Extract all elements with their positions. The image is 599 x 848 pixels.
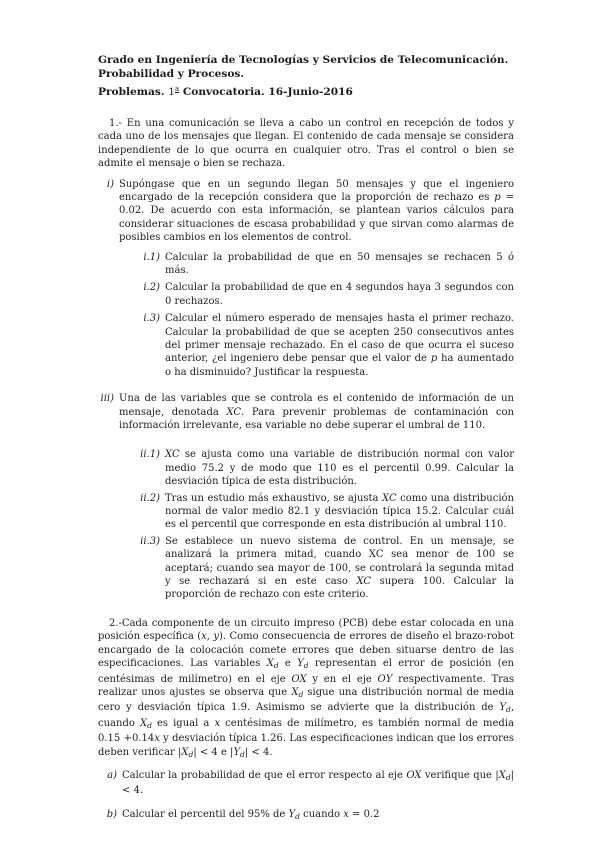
subitem-ii2-text: Tras un estudio más exhaustivo, se ajust… (165, 492, 514, 532)
subitem-i1-text: Calcular la probabilidad de que en 50 me… (165, 251, 514, 278)
subitem-i2: i.2) Calcular la probabilidad de que en … (165, 281, 514, 308)
subitem-i1-label: i.1) (143, 251, 165, 264)
item-iii-sublist: ii.1) XC se ajusta como una variable de … (165, 448, 514, 601)
subitem-ii3-text: Se establece un nuevo sistema de control… (165, 535, 514, 602)
subitem-i1: i.1) Calcular la probabilidad de que en … (165, 251, 514, 278)
subitem-i2-label: i.2) (143, 281, 165, 294)
item-b-text: Calcular el percentil del 95% de Yd cuan… (122, 808, 514, 823)
subitem-ii3-label: ii.3) (140, 535, 165, 548)
subitem-ii3: ii.3) Se establece un nuevo sistema de c… (165, 535, 514, 602)
item-a-text: Calcular la probabilidad de que el error… (122, 769, 514, 798)
document-page: Grado en Ingeniería de Tecnologías y Ser… (0, 0, 599, 848)
document-header: Grado en Ingeniería de Tecnologías y Ser… (98, 53, 514, 99)
item-iii-label: iii) (101, 392, 120, 405)
subitem-ii1-label: ii.1) (140, 448, 165, 461)
subitem-i3-label: i.3) (143, 312, 165, 325)
item-iii-text: Una de las variables que se controla es … (119, 392, 514, 432)
problem2-intro: 2.-Cada componente de un circuito impres… (98, 617, 514, 761)
subitem-ii2-label: ii.2) (140, 492, 165, 505)
item-i-sublist: i.1) Calcular la probabilidad de que en … (165, 251, 514, 380)
problem1-item-i: i) Supóngase que en un segundo llegan 50… (119, 178, 514, 380)
subitem-ii1: ii.1) XC se ajusta como una variable de … (165, 448, 514, 488)
subitem-ii2: ii.2) Tras un estudio más exhaustivo, se… (165, 492, 514, 532)
subitem-ii1-text: XC se ajusta como una variable de distri… (165, 448, 514, 488)
header-degree-line: Grado en Ingeniería de Tecnologías y Ser… (98, 53, 514, 67)
subitem-i2-text: Calcular la probabilidad de que en 4 seg… (165, 281, 514, 308)
document-content: Grado en Ingeniería de Tecnologías y Ser… (98, 53, 514, 833)
item-i-text: Supóngase que en un segundo llegan 50 me… (119, 178, 514, 245)
problem2-item-a: a) Calcular la probabilidad de que el er… (122, 769, 514, 798)
item-i-label: i) (107, 178, 119, 191)
subitem-i3: i.3) Calcular el número esperado de mens… (165, 312, 514, 379)
item-b-label: b) (107, 808, 122, 821)
problem1-item-iii: iii) Una de las variables que se control… (119, 392, 514, 602)
item-a-label: a) (107, 769, 122, 782)
problem1-intro: 1.- En una comunicación se lleva a cabo … (98, 117, 514, 171)
header-exam-line: Problemas. 1a Convocatoria. 16-Junio-201… (98, 82, 514, 99)
header-course-line: Probabilidad y Procesos. (98, 67, 514, 81)
problem2-item-b: b) Calcular el percentil del 95% de Yd c… (122, 808, 514, 823)
subitem-i3-text: Calcular el número esperado de mensajes … (165, 312, 514, 379)
